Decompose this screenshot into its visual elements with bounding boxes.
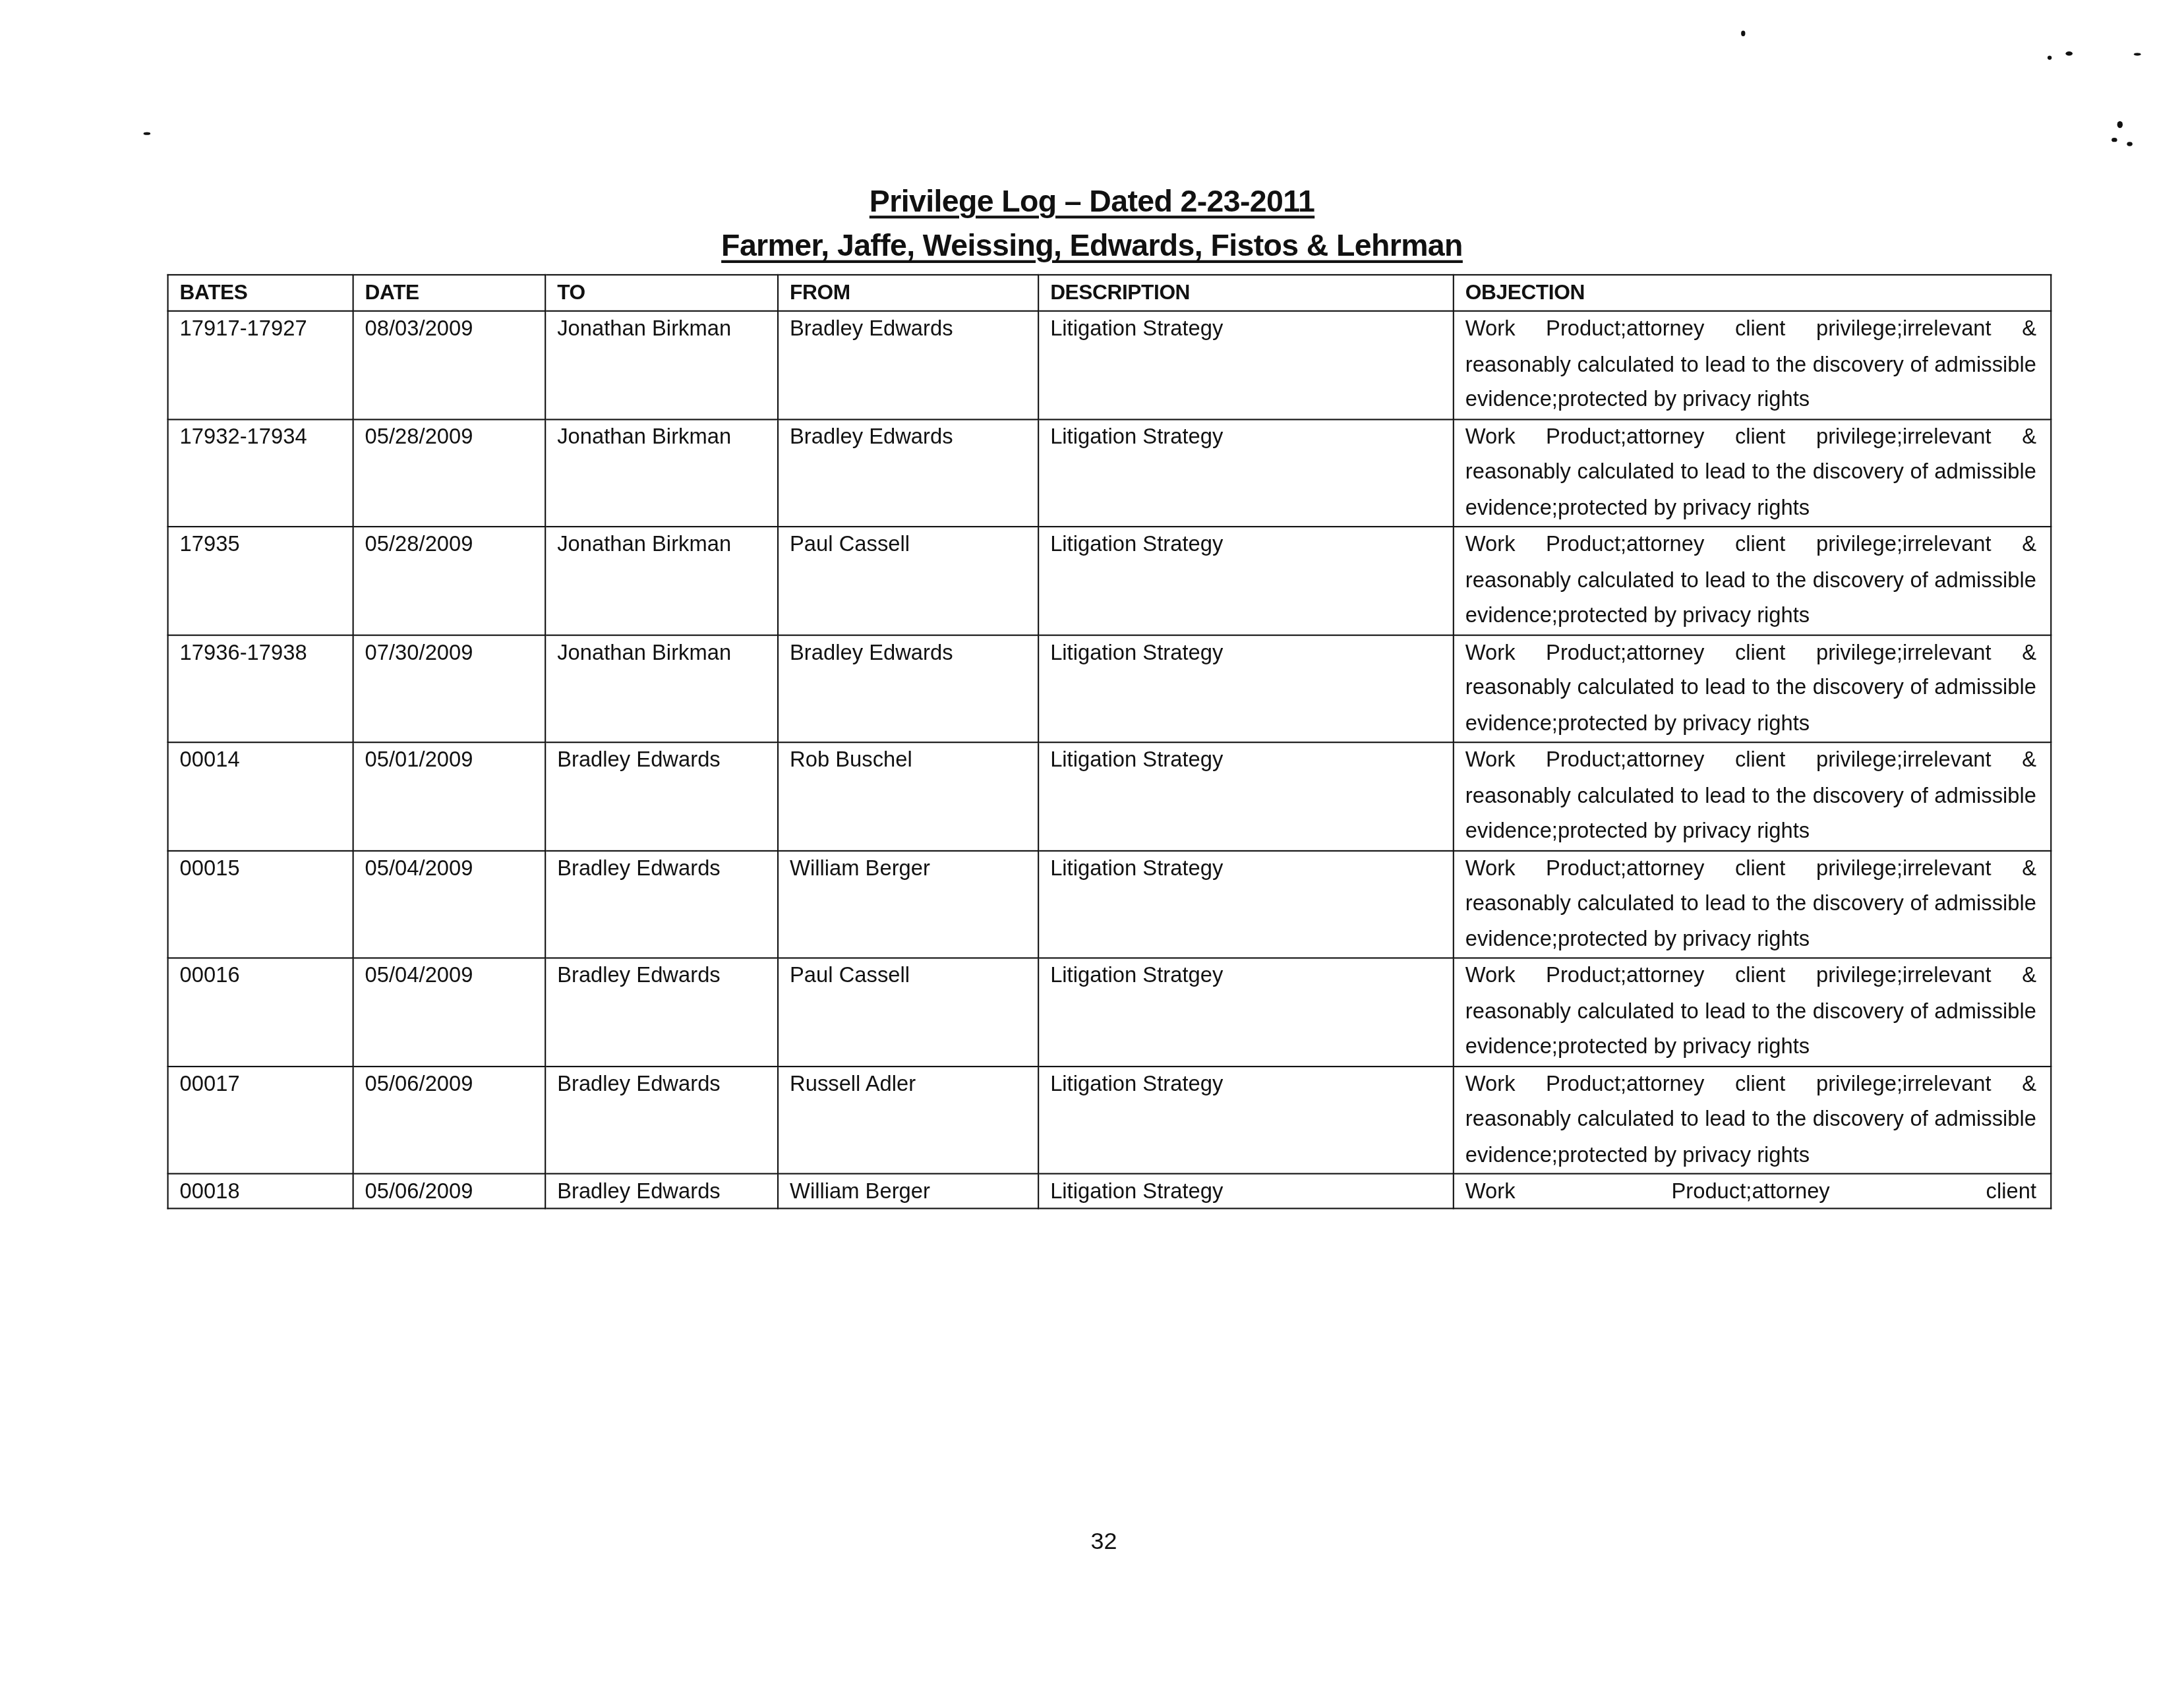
table-header-row: BATES DATE TO FROM DESCRIPTION OBJECTION xyxy=(168,275,2051,311)
document-title: Privilege Log – Dated 2-23-2011 xyxy=(0,184,2184,220)
scan-speck xyxy=(2127,142,2132,146)
table-row: 00015 05/04/2009 Bradley Edwards William… xyxy=(168,850,2051,958)
table-row: 00016 05/04/2009 Bradley Edwards Paul Ca… xyxy=(168,958,2051,1066)
scan-speck xyxy=(2065,51,2073,55)
header-to: TO xyxy=(545,275,778,311)
cell-to: Jonathan Birkman xyxy=(545,527,778,635)
cell-objection: Work Product;attorney client privilege;i… xyxy=(1454,742,2051,850)
cell-bates: 17932-17934 xyxy=(168,419,353,527)
cell-objection: Work Product;attorney client privilege;i… xyxy=(1454,419,2051,527)
table-body: 17917-17927 08/03/2009 Jonathan Birkman … xyxy=(168,311,2051,1209)
cell-to: Bradley Edwards xyxy=(545,1174,778,1209)
header-date: DATE xyxy=(353,275,546,311)
header-objection: OBJECTION xyxy=(1454,275,2051,311)
scan-speck xyxy=(1741,30,1745,36)
cell-objection: Work Product;attorney client privilege;i… xyxy=(1454,1066,2051,1174)
document-title-text: Privilege Log – Dated 2-23-2011 xyxy=(870,184,1314,219)
cell-description: Litigation Strategy xyxy=(1038,850,1454,958)
cell-objection: Work Product;attorney client privilege;i… xyxy=(1454,850,2051,958)
document-subtitle-text: Farmer, Jaffe, Weissing, Edwards, Fistos… xyxy=(721,228,1463,263)
cell-bates: 17935 xyxy=(168,527,353,635)
cell-date: 05/04/2009 xyxy=(353,958,546,1066)
header-description: DESCRIPTION xyxy=(1038,275,1454,311)
table-row: 00018 05/06/2009 Bradley Edwards William… xyxy=(168,1174,2051,1209)
cell-bates: 17917-17927 xyxy=(168,311,353,419)
cell-description: Litigation Strategy xyxy=(1038,527,1454,635)
cell-to: Bradley Edwards xyxy=(545,958,778,1066)
cell-date: 05/04/2009 xyxy=(353,850,546,958)
cell-description: Litigation Strategy xyxy=(1038,635,1454,743)
cell-date-text: 05/06/2009 xyxy=(365,1175,545,1208)
scan-speck xyxy=(2048,55,2051,59)
cell-to-text: Bradley Edwards xyxy=(557,1175,777,1208)
cell-from: Bradley Edwards xyxy=(778,635,1038,743)
cell-bates: 00018 xyxy=(168,1174,353,1209)
cell-from: William Berger xyxy=(778,850,1038,958)
scan-speck xyxy=(2134,53,2141,55)
cell-objection: Work Product;attorney client xyxy=(1454,1174,2051,1209)
cell-from: Bradley Edwards xyxy=(778,419,1038,527)
cell-bates: 00015 xyxy=(168,850,353,958)
cell-objection: Work Product;attorney client privilege;i… xyxy=(1454,958,2051,1066)
cell-from: Rob Buschel xyxy=(778,742,1038,850)
cell-date: 05/01/2009 xyxy=(353,742,546,850)
cell-description-text: Litigation Strategy xyxy=(1050,1175,1453,1208)
scan-speck xyxy=(144,132,151,135)
document-subtitle: Farmer, Jaffe, Weissing, Edwards, Fistos… xyxy=(0,228,2184,264)
cell-date: 07/30/2009 xyxy=(353,635,546,743)
privilege-log-table: BATES DATE TO FROM DESCRIPTION OBJECTION… xyxy=(167,274,2052,1210)
cell-to: Bradley Edwards xyxy=(545,742,778,850)
document-page: Privilege Log – Dated 2-23-2011 Farmer, … xyxy=(0,0,2184,1692)
cell-bates: 17936-17938 xyxy=(168,635,353,743)
header-from: FROM xyxy=(778,275,1038,311)
cell-objection-text: Work Product;attorney client xyxy=(1465,1175,2036,1208)
cell-from: Russell Adler xyxy=(778,1066,1038,1174)
cell-to: Jonathan Birkman xyxy=(545,635,778,743)
cell-objection: Work Product;attorney client privilege;i… xyxy=(1454,635,2051,743)
cell-from: Bradley Edwards xyxy=(778,311,1038,419)
cell-from: Paul Cassell xyxy=(778,527,1038,635)
cell-from: William Berger xyxy=(778,1174,1038,1209)
cell-description: Litigation Stratgey xyxy=(1038,958,1454,1066)
cell-description: Litigation Strategy xyxy=(1038,419,1454,527)
cell-bates: 00017 xyxy=(168,1066,353,1174)
cell-bates: 00014 xyxy=(168,742,353,850)
table-row: 17936-17938 07/30/2009 Jonathan Birkman … xyxy=(168,635,2051,743)
table-row: 00014 05/01/2009 Bradley Edwards Rob Bus… xyxy=(168,742,2051,850)
cell-description: Litigation Strategy xyxy=(1038,742,1454,850)
cell-to: Jonathan Birkman xyxy=(545,311,778,419)
header-bates: BATES xyxy=(168,275,353,311)
cell-description: Litigation Strategy xyxy=(1038,1066,1454,1174)
table-row: 00017 05/06/2009 Bradley Edwards Russell… xyxy=(168,1066,2051,1174)
cell-bates: 00016 xyxy=(168,958,353,1066)
cell-description: Litigation Strategy xyxy=(1038,1174,1454,1209)
cell-bates-text: 00018 xyxy=(180,1175,353,1208)
cell-objection: Work Product;attorney client privilege;i… xyxy=(1454,527,2051,635)
cell-date: 08/03/2009 xyxy=(353,311,546,419)
cell-to: Bradley Edwards xyxy=(545,850,778,958)
cell-objection: Work Product;attorney client privilege;i… xyxy=(1454,311,2051,419)
scan-speck xyxy=(2117,121,2123,129)
table-row: 17917-17927 08/03/2009 Jonathan Birkman … xyxy=(168,311,2051,419)
cell-from-text: William Berger xyxy=(790,1175,1038,1208)
cell-description: Litigation Strategy xyxy=(1038,311,1454,419)
cell-to: Bradley Edwards xyxy=(545,1066,778,1174)
cell-to: Jonathan Birkman xyxy=(545,419,778,527)
cell-date: 05/28/2009 xyxy=(353,527,546,635)
scan-speck xyxy=(2111,138,2117,142)
cell-date: 05/06/2009 xyxy=(353,1066,546,1174)
page-number: 32 xyxy=(0,1528,2184,1556)
cell-from: Paul Cassell xyxy=(778,958,1038,1066)
table-row: 17935 05/28/2009 Jonathan Birkman Paul C… xyxy=(168,527,2051,635)
cell-date: 05/28/2009 xyxy=(353,419,546,527)
table-row: 17932-17934 05/28/2009 Jonathan Birkman … xyxy=(168,419,2051,527)
cell-date: 05/06/2009 xyxy=(353,1174,546,1209)
